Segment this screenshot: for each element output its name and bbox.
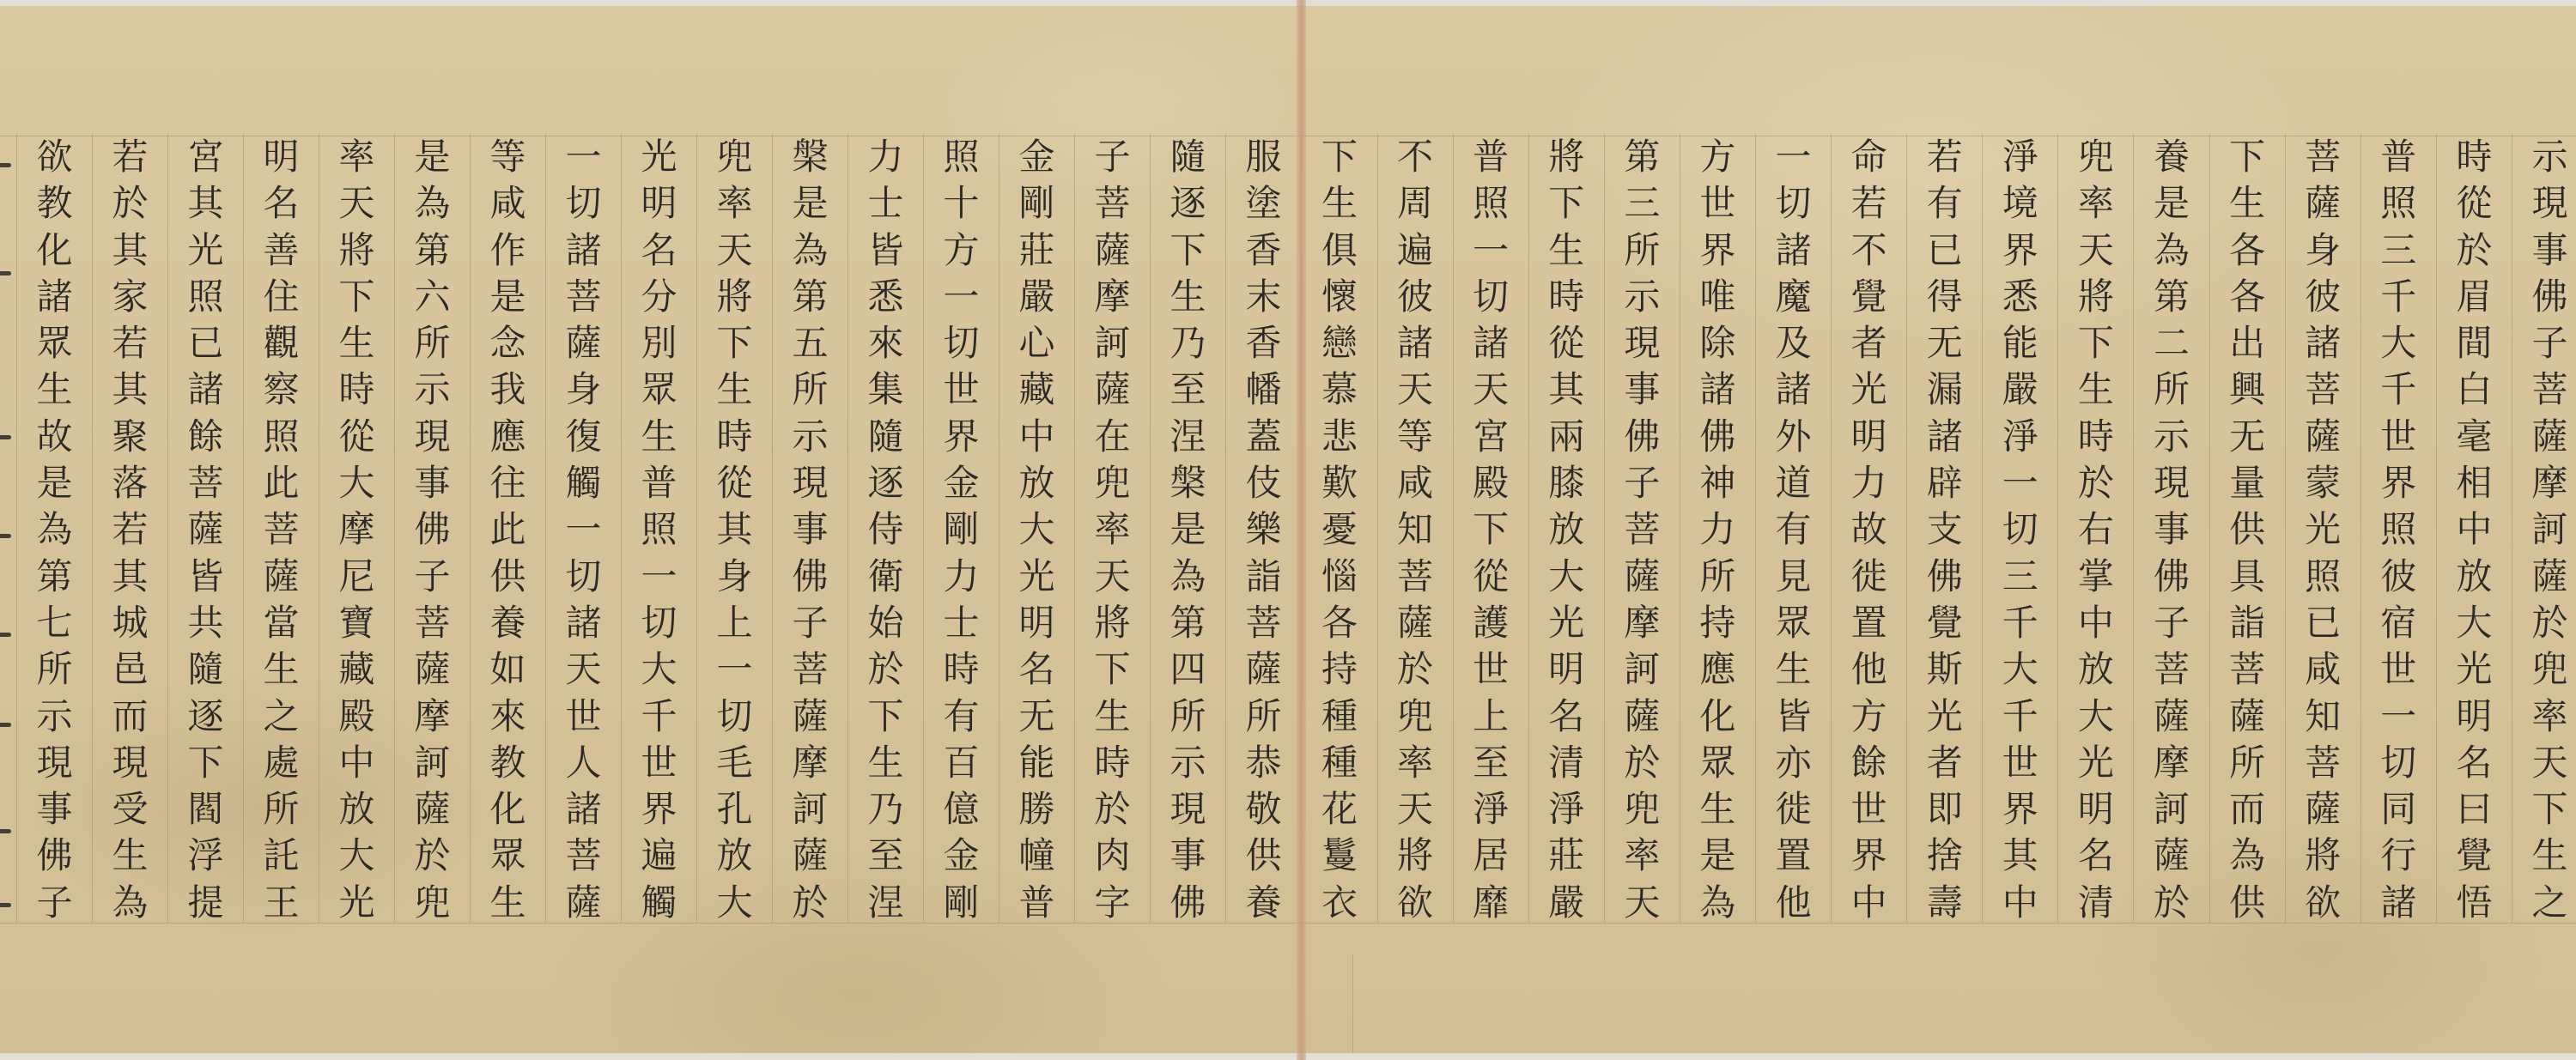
character: 已 — [2286, 600, 2360, 646]
character: 嚴 — [1529, 880, 1604, 926]
character: 逐 — [848, 460, 923, 506]
character: 而 — [93, 694, 167, 740]
character: 大 — [1983, 646, 2057, 693]
character: 周 — [1378, 180, 1453, 227]
text-column: 隨逐下生乃至涅槃是為第四所示現事佛 — [1150, 134, 1225, 923]
character: 菩 — [2286, 740, 2360, 786]
character: 其 — [168, 180, 243, 227]
character: 第 — [17, 554, 92, 600]
character: 花 — [1302, 786, 1376, 833]
character: 所 — [1680, 554, 1755, 600]
character: 訶 — [2512, 506, 2576, 553]
text-column: 服塗香末香幡蓋伎樂詣菩薩所恭敬供養 — [1225, 134, 1301, 923]
character: 莊 — [1529, 833, 1604, 879]
character: 所 — [2210, 740, 2285, 786]
character: 養 — [471, 600, 545, 646]
character: 有 — [1756, 506, 1831, 553]
ink-fragment — [0, 271, 11, 276]
character: 知 — [2286, 694, 2360, 740]
character: 中 — [1983, 880, 2057, 926]
character: 將 — [1075, 600, 1150, 646]
character: 是 — [17, 460, 92, 506]
character: 眾 — [1756, 600, 1831, 646]
character: 末 — [1226, 274, 1301, 320]
character: 事 — [2512, 227, 2576, 274]
character: 孔 — [697, 786, 772, 833]
character: 欲 — [2286, 880, 2360, 926]
character: 名 — [244, 180, 319, 227]
character: 一 — [622, 554, 696, 600]
character: 現 — [2134, 460, 2208, 506]
character: 摩 — [773, 740, 848, 786]
character: 佛 — [2512, 274, 2576, 320]
character: 所 — [1605, 227, 1680, 274]
character: 生 — [471, 880, 545, 926]
character: 摩 — [2512, 460, 2576, 506]
character: 名 — [1529, 694, 1604, 740]
character: 靡 — [1454, 880, 1528, 926]
character: 下 — [168, 740, 243, 786]
character: 白 — [2437, 366, 2512, 413]
character: 界 — [622, 786, 696, 833]
character: 界 — [2361, 460, 2436, 506]
character: 隨 — [168, 646, 243, 693]
character: 不 — [1378, 134, 1453, 180]
character: 將 — [2058, 274, 2133, 320]
character: 眾 — [471, 833, 545, 879]
character: 生 — [2512, 833, 2576, 879]
character: 生 — [1756, 646, 1831, 693]
character: 幡 — [1226, 366, 1301, 413]
character: 摩 — [1075, 274, 1150, 320]
character: 境 — [1983, 180, 2057, 227]
character: 為 — [17, 506, 92, 553]
character: 明 — [622, 180, 696, 227]
character: 薩 — [2512, 414, 2576, 460]
character: 時 — [697, 414, 772, 460]
character: 為 — [1151, 554, 1225, 600]
character: 力 — [1832, 460, 1906, 506]
text-column: 子菩薩摩訶薩在兜率天將下生時於肉字 — [1074, 134, 1150, 923]
character: 邑 — [93, 646, 167, 693]
character: 菩 — [546, 274, 621, 320]
character: 各 — [1302, 600, 1376, 646]
character: 生 — [697, 366, 772, 413]
left-sheet: 服塗香末香幡蓋伎樂詣菩薩所恭敬供養 隨逐下生乃至涅槃是為第四所示現事佛 子菩薩摩… — [0, 136, 1301, 924]
ink-fragment — [0, 633, 11, 637]
character: 薩 — [773, 694, 848, 740]
character: 詣 — [2210, 600, 2285, 646]
character: 蒙 — [2286, 460, 2360, 506]
character: 時 — [924, 646, 999, 693]
character: 持 — [1680, 600, 1755, 646]
character: 至 — [1454, 740, 1528, 786]
character: 捨 — [1907, 833, 1982, 879]
character: 於 — [1378, 646, 1453, 693]
character: 普 — [622, 460, 696, 506]
character: 兜 — [1605, 786, 1680, 833]
character: 量 — [2210, 460, 2285, 506]
character: 支 — [1907, 506, 1982, 553]
character: 中 — [2437, 506, 2512, 553]
character: 從 — [1529, 320, 1604, 366]
character: 已 — [168, 320, 243, 366]
character: 諸 — [1680, 366, 1755, 413]
character: 為 — [2210, 833, 2285, 879]
character: 中 — [1832, 880, 1906, 926]
character: 明 — [244, 134, 319, 180]
character: 得 — [1907, 274, 1982, 320]
character: 故 — [1832, 506, 1906, 553]
character: 天 — [1075, 554, 1150, 600]
character: 億 — [924, 786, 999, 833]
character: 上 — [1454, 694, 1528, 740]
character: 餘 — [168, 414, 243, 460]
character: 照 — [924, 134, 999, 180]
character: 皆 — [848, 227, 923, 274]
character: 大 — [319, 833, 394, 879]
character: 名 — [622, 227, 696, 274]
character: 下 — [1302, 134, 1376, 180]
ink-fragment — [0, 723, 11, 727]
character: 大 — [1529, 554, 1604, 600]
character: 隨 — [1151, 134, 1225, 180]
character: 將 — [1378, 833, 1453, 879]
character: 出 — [2210, 320, 2285, 366]
character: 如 — [471, 646, 545, 693]
character: 為 — [773, 227, 848, 274]
character: 薩 — [546, 320, 621, 366]
character: 示 — [1605, 274, 1680, 320]
text-column: 命若不覺者光明力故徙置他方餘世界中 — [1831, 134, 1906, 923]
character: 當 — [244, 600, 319, 646]
character: 菩 — [1075, 180, 1150, 227]
character: 將 — [697, 274, 772, 320]
text-column: 普照一切諸天宮殿下從護世上至淨居靡 — [1453, 134, 1528, 923]
partial-column — [0, 134, 16, 923]
character: 各 — [2210, 227, 2285, 274]
character: 切 — [622, 600, 696, 646]
character: 而 — [2210, 786, 2285, 833]
character: 諸 — [168, 366, 243, 413]
character: 現 — [1605, 320, 1680, 366]
character: 皆 — [168, 554, 243, 600]
character: 訶 — [1605, 646, 1680, 693]
character: 普 — [999, 880, 1074, 926]
character: 方 — [1680, 134, 1755, 180]
character: 千 — [2361, 366, 2436, 413]
character: 於 — [848, 646, 923, 693]
character: 界 — [1983, 227, 2057, 274]
character: 居 — [1454, 833, 1528, 879]
character: 天 — [2512, 740, 2576, 786]
character: 徙 — [1832, 554, 1906, 600]
character: 從 — [2437, 180, 2512, 227]
character: 事 — [395, 460, 470, 506]
character: 共 — [168, 600, 243, 646]
character: 事 — [17, 786, 92, 833]
character: 生 — [2210, 180, 2285, 227]
character: 觸 — [622, 880, 696, 926]
character: 訶 — [773, 786, 848, 833]
character: 為 — [2134, 227, 2208, 274]
character: 佛 — [1605, 414, 1680, 460]
character: 金 — [924, 833, 999, 879]
character: 之 — [2512, 880, 2576, 926]
character: 於 — [1075, 786, 1150, 833]
character: 大 — [319, 460, 394, 506]
character: 下 — [1454, 506, 1528, 553]
character: 无 — [2210, 414, 2285, 460]
character: 兜 — [697, 134, 772, 180]
character: 光 — [999, 554, 1074, 600]
character: 斯 — [1907, 646, 1982, 693]
character: 香 — [1226, 320, 1301, 366]
character: 薩 — [1226, 646, 1301, 693]
character: 天 — [1454, 366, 1528, 413]
character: 摩 — [395, 694, 470, 740]
character: 於 — [395, 833, 470, 879]
character: 薩 — [1075, 227, 1150, 274]
character: 照 — [622, 506, 696, 553]
character: 生 — [319, 320, 394, 366]
character: 欲 — [17, 134, 92, 180]
character: 悟 — [2437, 880, 2512, 926]
character: 无 — [999, 694, 1074, 740]
character: 伎 — [1226, 460, 1301, 506]
text-column: 照十方一切世界金剛力士時有百億金剛 — [923, 134, 999, 923]
character: 詣 — [1226, 554, 1301, 600]
character: 七 — [17, 600, 92, 646]
character: 生 — [17, 366, 92, 413]
character: 有 — [1907, 180, 1982, 227]
character: 薩 — [2134, 833, 2208, 879]
character: 寶 — [319, 600, 394, 646]
character: 於 — [2058, 460, 2133, 506]
character: 嚴 — [999, 274, 1074, 320]
character: 供 — [2210, 880, 2285, 926]
character: 佛 — [773, 554, 848, 600]
character: 切 — [1983, 506, 2057, 553]
character: 同 — [2361, 786, 2436, 833]
character: 外 — [1756, 414, 1831, 460]
character: 懷 — [1302, 274, 1376, 320]
character: 之 — [244, 694, 319, 740]
character: 下 — [2210, 134, 2285, 180]
character: 是 — [471, 274, 545, 320]
text-column: 光明名分別眾生普照一切大千世界遍觸 — [621, 134, 696, 923]
character: 世 — [622, 740, 696, 786]
paper-seam — [1297, 0, 1306, 1060]
character: 間 — [2437, 320, 2512, 366]
character: 放 — [697, 833, 772, 879]
text-column: 若有已得无漏諸辟支佛覺斯光者即捨壽 — [1906, 134, 1982, 923]
text-column: 槃是為第五所示現事佛子菩薩摩訶薩於 — [772, 134, 848, 923]
character: 放 — [319, 786, 394, 833]
character: 所 — [1151, 694, 1225, 740]
character: 歎 — [1302, 460, 1376, 506]
character: 剛 — [924, 880, 999, 926]
character: 隨 — [848, 414, 923, 460]
text-column: 養是為第二所示現事佛子菩薩摩訶薩於 — [2133, 134, 2208, 923]
text-column: 菩薩身彼諸菩薩蒙光照已咸知菩薩將欲 — [2285, 134, 2360, 923]
character: 我 — [471, 366, 545, 413]
character: 薩 — [2286, 180, 2360, 227]
character: 時 — [2437, 134, 2512, 180]
character: 供 — [471, 554, 545, 600]
character: 乃 — [848, 786, 923, 833]
character: 悉 — [848, 274, 923, 320]
character: 魔 — [1756, 274, 1831, 320]
character: 彼 — [2361, 554, 2436, 600]
character: 放 — [999, 460, 1074, 506]
character: 佛 — [1151, 880, 1225, 926]
character: 淨 — [1983, 134, 2057, 180]
character: 世 — [1680, 180, 1755, 227]
character: 照 — [168, 274, 243, 320]
character: 化 — [1680, 694, 1755, 740]
character: 相 — [2437, 460, 2512, 506]
character: 是 — [2134, 180, 2208, 227]
character: 逐 — [1151, 180, 1225, 227]
character: 第 — [2134, 274, 2208, 320]
character: 生 — [1529, 227, 1604, 274]
character: 諸 — [546, 227, 621, 274]
character: 照 — [2361, 506, 2436, 553]
character: 普 — [2361, 134, 2436, 180]
character: 餘 — [1832, 740, 1906, 786]
character: 千 — [2361, 274, 2436, 320]
character: 下 — [2512, 786, 2576, 833]
character: 四 — [1151, 646, 1225, 693]
character: 兜 — [2512, 646, 2576, 693]
text-column: 將下生時從其兩膝放大光明名清淨莊嚴 — [1528, 134, 1604, 923]
character: 下 — [319, 274, 394, 320]
character: 是 — [1680, 833, 1755, 879]
character: 供 — [2210, 506, 2285, 553]
character: 處 — [244, 740, 319, 786]
character: 菩 — [2210, 646, 2285, 693]
character: 若 — [93, 134, 167, 180]
character: 諸 — [1756, 227, 1831, 274]
character: 家 — [93, 274, 167, 320]
character: 涅 — [1151, 414, 1225, 460]
character: 清 — [2058, 880, 2133, 926]
character: 子 — [395, 554, 470, 600]
character: 眾 — [622, 366, 696, 413]
character: 逐 — [168, 694, 243, 740]
character: 佛 — [395, 506, 470, 553]
text-column: 時從於眉間白毫相中放大光明名曰覺悟 — [2436, 134, 2512, 923]
character: 為 — [1680, 880, 1755, 926]
character: 覺 — [1832, 274, 1906, 320]
character: 下 — [848, 694, 923, 740]
character: 樂 — [1226, 506, 1301, 553]
character: 力 — [1680, 506, 1755, 553]
text-column: 示現事佛子菩薩摩訶薩於兜率天下生之 — [2512, 134, 2576, 923]
character: 覺 — [2437, 833, 2512, 879]
character: 能 — [999, 740, 1074, 786]
character: 為 — [395, 180, 470, 227]
character: 放 — [2058, 646, 2133, 693]
character: 光 — [2286, 506, 2360, 553]
character: 興 — [2210, 366, 2285, 413]
character: 分 — [622, 274, 696, 320]
character: 光 — [1907, 694, 1982, 740]
character: 第 — [395, 227, 470, 274]
character: 宿 — [2361, 600, 2436, 646]
character: 照 — [2361, 180, 2436, 227]
character: 子 — [1075, 134, 1150, 180]
text-column: 是為第六所示現事佛子菩薩摩訶薩於兜 — [394, 134, 470, 923]
character: 第 — [1605, 134, 1680, 180]
character: 落 — [93, 460, 167, 506]
character: 於 — [2512, 600, 2576, 646]
character: 是 — [1151, 506, 1225, 553]
character: 應 — [1680, 646, 1755, 693]
character: 二 — [2134, 320, 2208, 366]
character: 方 — [1832, 694, 1906, 740]
character: 生 — [1151, 274, 1225, 320]
character: 摩 — [1605, 600, 1680, 646]
character: 於 — [2437, 227, 2512, 274]
character: 字 — [1075, 880, 1150, 926]
character: 下 — [697, 320, 772, 366]
character: 涅 — [848, 880, 923, 926]
character: 界 — [1832, 833, 1906, 879]
text-column: 金剛莊嚴心藏中放大光明名无能勝幢普 — [999, 134, 1074, 923]
text-column: 普照三千大千世界照彼宿世一切同行諸 — [2360, 134, 2436, 923]
character: 此 — [471, 506, 545, 553]
character: 薩 — [1605, 694, 1680, 740]
text-column: 力士皆悉來集隨逐侍衛始於下生乃至涅 — [848, 134, 923, 923]
ink-fragment — [0, 435, 11, 439]
text-column: 不周遍彼諸天等咸知菩薩於兜率天將欲 — [1377, 134, 1453, 923]
character: 者 — [1832, 320, 1906, 366]
character: 子 — [773, 600, 848, 646]
character: 示 — [395, 366, 470, 413]
character: 提 — [168, 880, 243, 926]
character: 諸 — [1756, 366, 1831, 413]
character: 率 — [1075, 506, 1150, 553]
character: 光 — [319, 880, 394, 926]
character: 金 — [924, 460, 999, 506]
text-column: 一切諸魔及諸外道有見眾生皆亦徙置他 — [1755, 134, 1831, 923]
character: 切 — [1756, 180, 1831, 227]
character: 曰 — [2437, 786, 2512, 833]
character: 時 — [319, 366, 394, 413]
character: 唯 — [1680, 274, 1755, 320]
character: 子 — [17, 880, 92, 926]
character: 示 — [1151, 740, 1225, 786]
character: 察 — [244, 366, 319, 413]
character: 六 — [395, 274, 470, 320]
character: 閻 — [168, 786, 243, 833]
character: 中 — [999, 414, 1074, 460]
character: 受 — [93, 786, 167, 833]
character: 人 — [546, 740, 621, 786]
character: 若 — [93, 320, 167, 366]
character: 能 — [1983, 320, 2057, 366]
character: 諸 — [546, 600, 621, 646]
character: 子 — [2512, 320, 2576, 366]
character: 他 — [1756, 880, 1831, 926]
character: 照 — [1454, 180, 1528, 227]
character: 藏 — [999, 366, 1074, 413]
character: 其 — [93, 227, 167, 274]
character: 其 — [93, 554, 167, 600]
character: 名 — [2058, 833, 2133, 879]
